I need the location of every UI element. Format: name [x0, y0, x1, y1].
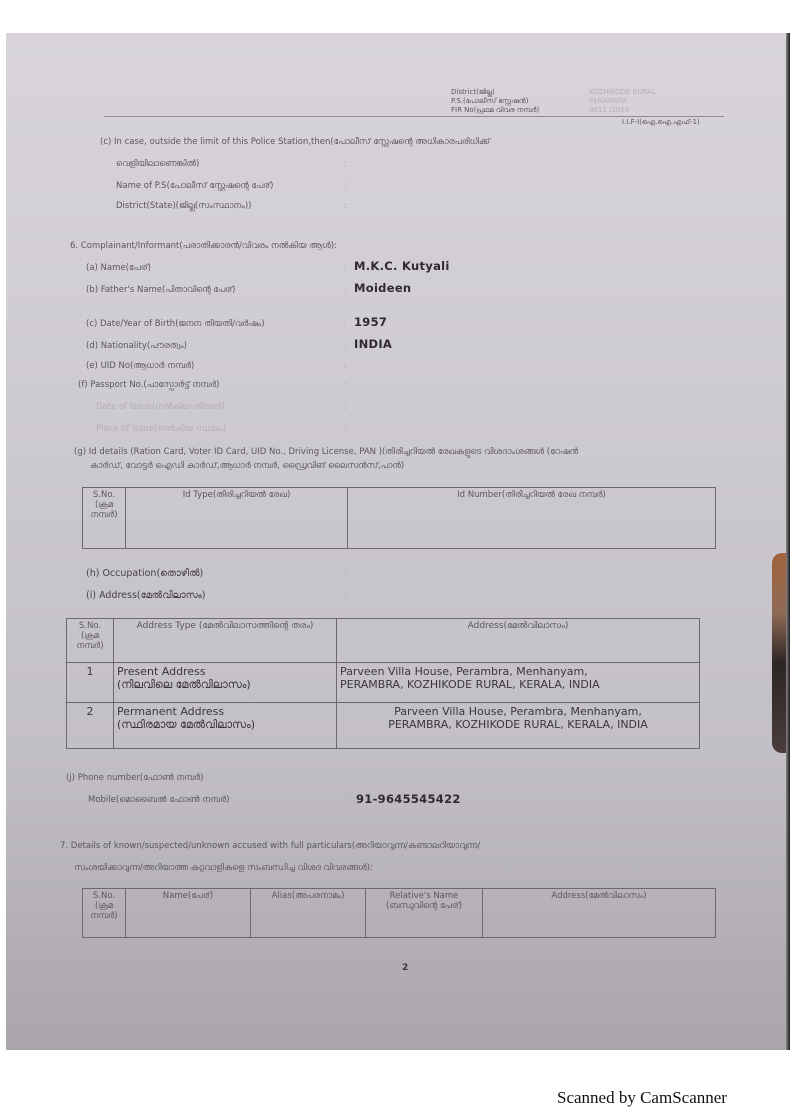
accused-header-name: Name(പേര്)	[126, 889, 251, 938]
camscanner-watermark: Scanned by CamScanner	[557, 1088, 727, 1108]
accused-header-alias: Alias(അപരനാമം)	[251, 889, 366, 938]
address-table-header-address: Address(മേൽവിലാസം)	[337, 619, 700, 663]
table-row: 2 Permanent Address (സ്ഥിരമായ മേൽവിലാസം)…	[67, 703, 700, 749]
address-type-en: Present Address	[117, 665, 333, 678]
accused-header-address: Address(മേൽവിലാസം)	[483, 889, 716, 938]
colon: :	[344, 568, 347, 578]
nationality-value: INDIA	[354, 337, 392, 351]
address-value: Parveen Villa House, Perambra, Menhanyam…	[337, 663, 700, 703]
header-divider	[104, 116, 724, 117]
colon: :	[344, 590, 347, 600]
accused-table: S.No. (ക്രമ നമ്പർ) Name(പേര്) Alias(അപരന…	[82, 888, 716, 938]
id-details-table: S.No. (ക്രമ നമ്പർ) Id Type(തിരിച്ചറിയൽ ര…	[82, 487, 716, 549]
page-edge	[786, 33, 790, 1050]
address-table: S.No. (ക്രമ നമ്പർ) Address Type (മേൽവിലാ…	[66, 618, 700, 749]
passport-issue-place-label: Place of Issue(നൽകിയ സ്ഥലം)	[96, 424, 226, 434]
scanned-page: District(ജില്ല) KOZHIKODE RURAL P.S.(പോല…	[6, 33, 790, 1050]
passport-issue-date-label: Date of Issue(നൽകിയ തിയതി)	[96, 402, 225, 412]
table-row: 1 Present Address (നിലവിലെ മേൽവിലാസം) Pa…	[67, 663, 700, 703]
fir-label: FIR No(പ്രഥമ വിവര നമ്പർ)	[451, 106, 539, 115]
district-value: KOZHIKODE RURAL	[589, 88, 656, 96]
colon: :	[344, 773, 347, 783]
colon: :	[344, 424, 347, 434]
ps-value: PERAMBRA	[589, 97, 627, 105]
colon: :	[344, 263, 347, 273]
id-table-header-sno: S.No. (ക്രമ നമ്പർ)	[83, 488, 126, 549]
colon: :	[344, 380, 347, 390]
section-6-heading: 6. Complainant/Informant(പരാതിക്കാരൻ/വിവ…	[70, 241, 337, 251]
occupation-label: (h) Occupation(തൊഴിൽ)	[86, 568, 203, 579]
id-table-header-type: Id Type(തിരിച്ചറിയൽ രേഖ)	[126, 488, 348, 549]
mobile-value: 91-9645545422	[356, 792, 461, 806]
father-name-value: Moideen	[354, 281, 411, 295]
passport-label: (f) Passport No.(പാസ്പോർട്ട് നമ്പർ)	[78, 380, 219, 390]
address-line1: Parveen Villa House, Perambra, Menhanyam…	[340, 665, 696, 678]
ps-label: P.S.(പോലീസ് സ്റ്റേഷൻ)	[451, 97, 528, 106]
dob-label: (c) Date/Year of Birth(ജനന തിയതി/വർഷം)	[86, 319, 265, 329]
address-table-header-type: Address Type (മേൽവിലാസത്തിന്റെ തരം)	[114, 619, 337, 663]
colon: :	[344, 361, 347, 371]
address-type-ml: (സ്ഥിരമായ മേൽവിലാസം)	[117, 718, 333, 732]
address-table-header-sno: S.No. (ക്രമ നമ്പർ)	[67, 619, 114, 663]
nationality-label: (d) Nationality(പൗരത്വം)	[86, 341, 187, 351]
address-line1: Parveen Villa House, Perambra, Menhanyam…	[340, 705, 696, 718]
district-state-label: District(State)(ജില്ല(സംസ്ഥാനം))	[116, 201, 251, 211]
address-label: (i) Address(മേൽവിലാസം)	[86, 590, 205, 601]
address-line2: PERAMBRA, KOZHIKODE RURAL, KERALA, INDIA	[340, 718, 696, 731]
district-label: District(ജില്ല)	[451, 88, 495, 97]
background-object	[772, 553, 786, 753]
id-details-line1: (g) Id details (Ration Card, Voter ID Ca…	[74, 447, 578, 457]
id-table-header-number: Id Number(തിരിച്ചറിയൽ രേഖ നമ്പർ)	[348, 488, 716, 549]
section-c-line2: വെളിയിലാണെങ്കിൽ)	[116, 159, 199, 169]
address-sno: 2	[67, 703, 114, 749]
colon: :	[344, 795, 347, 805]
address-sno: 1	[67, 663, 114, 703]
uid-label: (e) UID No(ആധാർ നമ്പർ)	[86, 361, 194, 371]
address-value: Parveen Villa House, Perambra, Menhanyam…	[337, 703, 700, 749]
fir-value: 0011 /2019	[589, 106, 629, 114]
mobile-label: Mobile(മൊബൈൽ ഫോൺ നമ്പർ)	[88, 795, 229, 805]
phone-label: (j) Phone number(ഫോൺ നമ്പർ)	[66, 773, 203, 783]
address-type-ml: (നിലവിലെ മേൽവിലാസം)	[117, 678, 333, 692]
address-line2: PERAMBRA, KOZHIKODE RURAL, KERALA, INDIA	[340, 678, 696, 691]
section-c-line1: (c) In case, outside the limit of this P…	[100, 137, 490, 147]
name-label: (a) Name(പേര്)	[86, 263, 151, 273]
father-name-label: (b) Father's Name(പിതാവിന്റെ പേര്)	[86, 285, 235, 295]
address-type: Present Address (നിലവിലെ മേൽവിലാസം)	[114, 663, 337, 703]
page-number: 2	[402, 963, 408, 973]
colon: :	[344, 159, 347, 169]
id-details-line2: കാർഡ്, വോട്ടർ ഐഡി കാർഡ്,ആധാർ നമ്പർ, ഡ്രൈ…	[90, 461, 404, 471]
colon: :	[344, 341, 347, 351]
name-value: M.K.C. Kutyali	[354, 259, 450, 273]
colon: :	[344, 402, 347, 412]
accused-header-relative: Relative's Name (ബന്ധുവിന്റെ പേര്)	[366, 889, 483, 938]
address-type: Permanent Address (സ്ഥിരമായ മേൽവിലാസം)	[114, 703, 337, 749]
address-type-en: Permanent Address	[117, 705, 333, 718]
colon: :	[344, 285, 347, 295]
section-7-line1: 7. Details of known/suspected/unknown ac…	[60, 841, 480, 851]
section-7-line2: സംശയിക്കാവുന്ന/അറിയാത്ത കുറ്റവാളികളെ സംബ…	[74, 863, 373, 873]
dob-value: 1957	[354, 315, 387, 329]
colon: :	[344, 181, 347, 191]
form-code: I.I.F-I(ഐ.ഐ.എഫ്-1)	[622, 118, 700, 127]
colon: :	[344, 201, 347, 211]
accused-header-sno: S.No. (ക്രമ നമ്പർ)	[83, 889, 126, 938]
ps-name-label: Name of P.S(പോലീസ് സ്റ്റേഷന്റെ പേര്)	[116, 181, 273, 191]
colon: :	[344, 319, 347, 329]
